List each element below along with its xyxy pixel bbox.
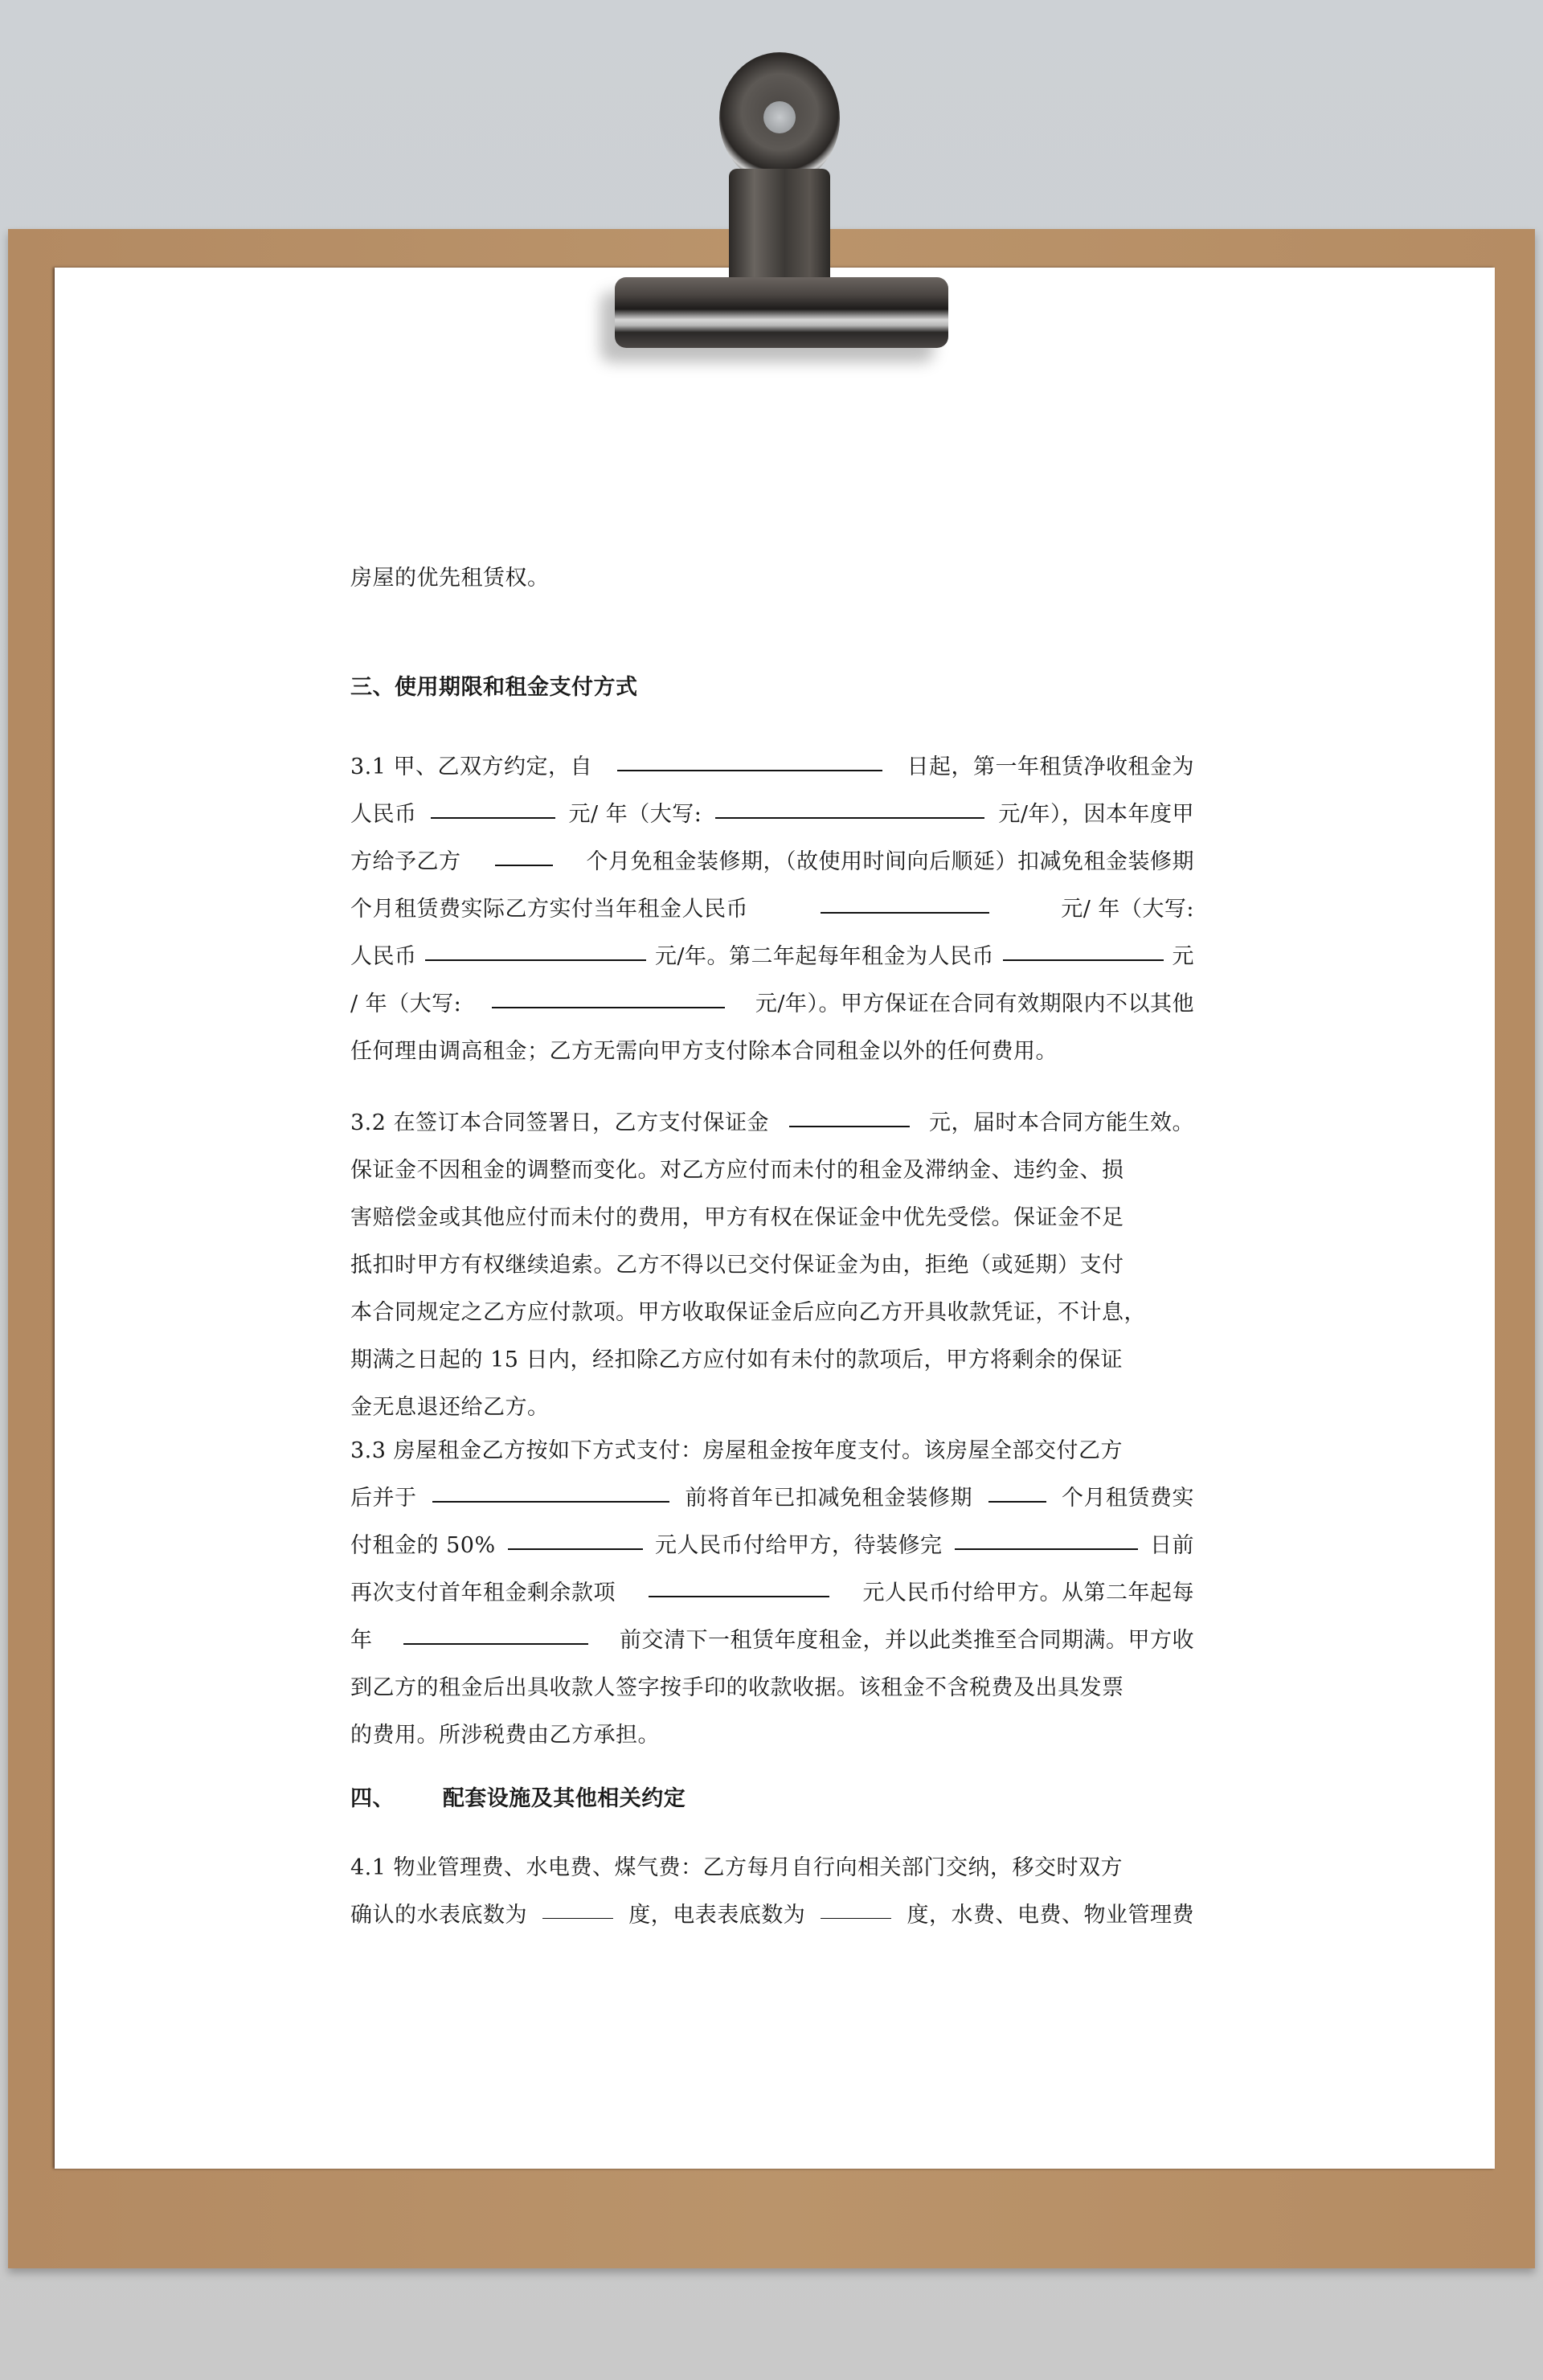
clause-3-2-line-7: 金无息退还给乙方。 [350, 1389, 1194, 1421]
text: 度，电表表底数为 [628, 1897, 805, 1928]
text: 年 [350, 1622, 373, 1654]
text: 元/年。第二年起每年租金为人民币 [655, 939, 994, 970]
text: / 年（大写: [350, 986, 461, 1017]
text: 前交清下一租赁年度租金，并以此类推至合同期满。甲方收 [620, 1622, 1194, 1654]
clause-3-3-line-2: 后并于 前将首年已扣减免租金装修期 个月租赁费实 [350, 1480, 1194, 1511]
clip-bar [615, 277, 948, 348]
clause-3-1-line-5: 人民币 元/年。第二年起每年租金为人民币 元 [350, 939, 1194, 970]
intro-line: 房屋的优先租赁权。 [350, 560, 1194, 591]
text: 元/年）。甲方保证在合同有效期限内不以其他 [755, 986, 1194, 1017]
text: 人民币 [350, 939, 417, 970]
clause-3-2-line-2: 保证金不因租金的调整而变化。对乙方应付而未付的租金及滞纳金、违约金、损 [350, 1152, 1194, 1184]
text: 付租金的 50% [350, 1527, 496, 1559]
clause-3-1-line-2: 人民币 元/ 年（大写: 元/年），因本年度甲 [350, 796, 1194, 828]
text: 人民币 [350, 796, 417, 828]
clause-4-1-line-2: 确认的水表底数为 度，电表表底数为 度，水费、电费、物业管理费 [350, 1897, 1194, 1928]
actual-rent-blank[interactable] [821, 891, 989, 914]
text: 个月租赁费实际乙方实付当年租金人民币 [350, 891, 748, 922]
rent-amount-words-blank[interactable] [715, 796, 984, 819]
section-4-heading: 四、 配套设施及其他相关约定 [350, 1781, 1194, 1812]
clause-3-2-line-1: 3.2 在签订本合同签署日，乙方支付保证金 元，届时本合同方能生效。 [350, 1105, 1194, 1136]
text: 3.2 在签订本合同签署日，乙方支付保证金 [350, 1105, 769, 1136]
section-3-heading: 三、使用期限和租金支付方式 [350, 669, 1194, 701]
clause-3-3-line-5: 年 前交清下一租赁年度租金，并以此类推至合同期满。甲方收 [350, 1622, 1194, 1654]
clause-3-1-line-7: 任何理由调高租金；乙方无需向甲方支付除本合同租金以外的任何费用。 [350, 1033, 1194, 1065]
electric-meter-blank[interactable] [821, 1897, 891, 1919]
text: 3.1 甲、乙双方约定，自 [350, 749, 592, 780]
text: 个月租赁费实 [1062, 1480, 1194, 1511]
clause-3-2-line-5: 本合同规定之乙方应付款项。甲方收取保证金后应向乙方开具收款凭证，不计息， [350, 1294, 1194, 1326]
text: 元人民币付给甲方，待装修完 [655, 1527, 943, 1559]
text: 日前 [1150, 1527, 1194, 1559]
clip-neck [729, 169, 830, 289]
clause-3-3-line-1: 3.3 房屋租金乙方按如下方式支付：房屋租金按年度支付。该房屋全部交付乙方 [350, 1433, 1194, 1464]
actual-rent-words-blank[interactable] [425, 939, 646, 961]
start-date-blank[interactable] [617, 749, 882, 771]
water-meter-blank[interactable] [542, 1897, 613, 1919]
fifty-percent-amount-blank[interactable] [508, 1527, 643, 1550]
section-4-title: 配套设施及其他相关约定 [443, 1786, 686, 1811]
free-months-blank[interactable] [495, 844, 553, 866]
text: 前将首年已扣减免租金装修期 [686, 1480, 973, 1511]
text: 元/年），因本年度甲 [998, 796, 1194, 828]
clause-3-2-line-3: 害赔偿金或其他应付而未付的费用，甲方有权在保证金中优先受偿。保证金不足 [350, 1200, 1194, 1231]
deposit-blank[interactable] [789, 1105, 910, 1127]
clause-3-3-line-4: 再次支付首年租金剩余款项 元人民币付给甲方。从第二年起每 [350, 1575, 1194, 1606]
text: 后并于 [350, 1480, 417, 1511]
text: 元，届时本合同方能生效。 [929, 1105, 1194, 1136]
annual-payment-date-blank[interactable] [403, 1622, 588, 1645]
clause-3-1-line-4: 个月租赁费实际乙方实付当年租金人民币 元/ 年（大写: [350, 891, 1194, 922]
text: 方给予乙方 [350, 844, 461, 875]
deduct-months-blank[interactable] [988, 1480, 1046, 1503]
clause-3-3-line-3: 付租金的 50% 元人民币付给甲方，待装修完 日前 [350, 1527, 1194, 1559]
text: 度，水费、电费、物业管理费 [907, 1897, 1195, 1928]
clause-3-1-line-1: 3.1 甲、乙双方约定，自 日起，第一年租赁净收租金为 [350, 749, 1194, 780]
text: 日起，第一年租赁净收租金为 [907, 749, 1195, 780]
rent-amount-blank[interactable] [431, 796, 555, 819]
first-payment-date-blank[interactable] [432, 1480, 669, 1503]
section-4-number: 四、 [350, 1786, 395, 1811]
clause-3-2-line-4: 抵扣时甲方有权继续追索。乙方不得以已交付保证金为由，拒绝（或延期）支付 [350, 1247, 1194, 1278]
text: 再次支付首年租金剩余款项 [350, 1575, 616, 1606]
binder-clip-icon [611, 48, 948, 354]
text: 元/ 年（大写: [569, 796, 702, 828]
second-year-rent-words-blank[interactable] [492, 986, 725, 1008]
text: 元人民币付给甲方。从第二年起每 [863, 1575, 1195, 1606]
clause-4-1-line-1: 4.1 物业管理费、水电费、煤气费：乙方每月自行向相关部门交纳，移交时双方 [350, 1850, 1194, 1881]
text: 确认的水表底数为 [350, 1897, 527, 1928]
remaining-amount-blank[interactable] [649, 1575, 829, 1597]
clause-3-3-line-6: 到乙方的租金后出具收款人签字按手印的收款收据。该租金不含税费及出具发票 [350, 1670, 1194, 1701]
clause-3-1-line-6: / 年（大写: 元/年）。甲方保证在合同有效期限内不以其他 [350, 986, 1194, 1017]
clause-3-1-line-3: 方给予乙方 个月免租金装修期，（故使用时间向后顺延）扣减免租金装修期 [350, 844, 1194, 875]
clip-hole [763, 101, 796, 133]
clause-3-2-line-6: 期满之日起的 15 日内，经扣除乙方应付如有未付的款项后，甲方将剩余的保证 [350, 1342, 1194, 1373]
text: 元/ 年（大写: [1061, 891, 1194, 922]
second-year-rent-blank[interactable] [1003, 939, 1164, 961]
text: 个月免租金装修期，（故使用时间向后顺延）扣减免租金装修期 [587, 844, 1195, 875]
clause-3-3-line-7: 的费用。所涉税费由乙方承担。 [350, 1717, 1194, 1748]
text: 元 [1172, 939, 1194, 970]
renovation-complete-date-blank[interactable] [955, 1527, 1138, 1550]
